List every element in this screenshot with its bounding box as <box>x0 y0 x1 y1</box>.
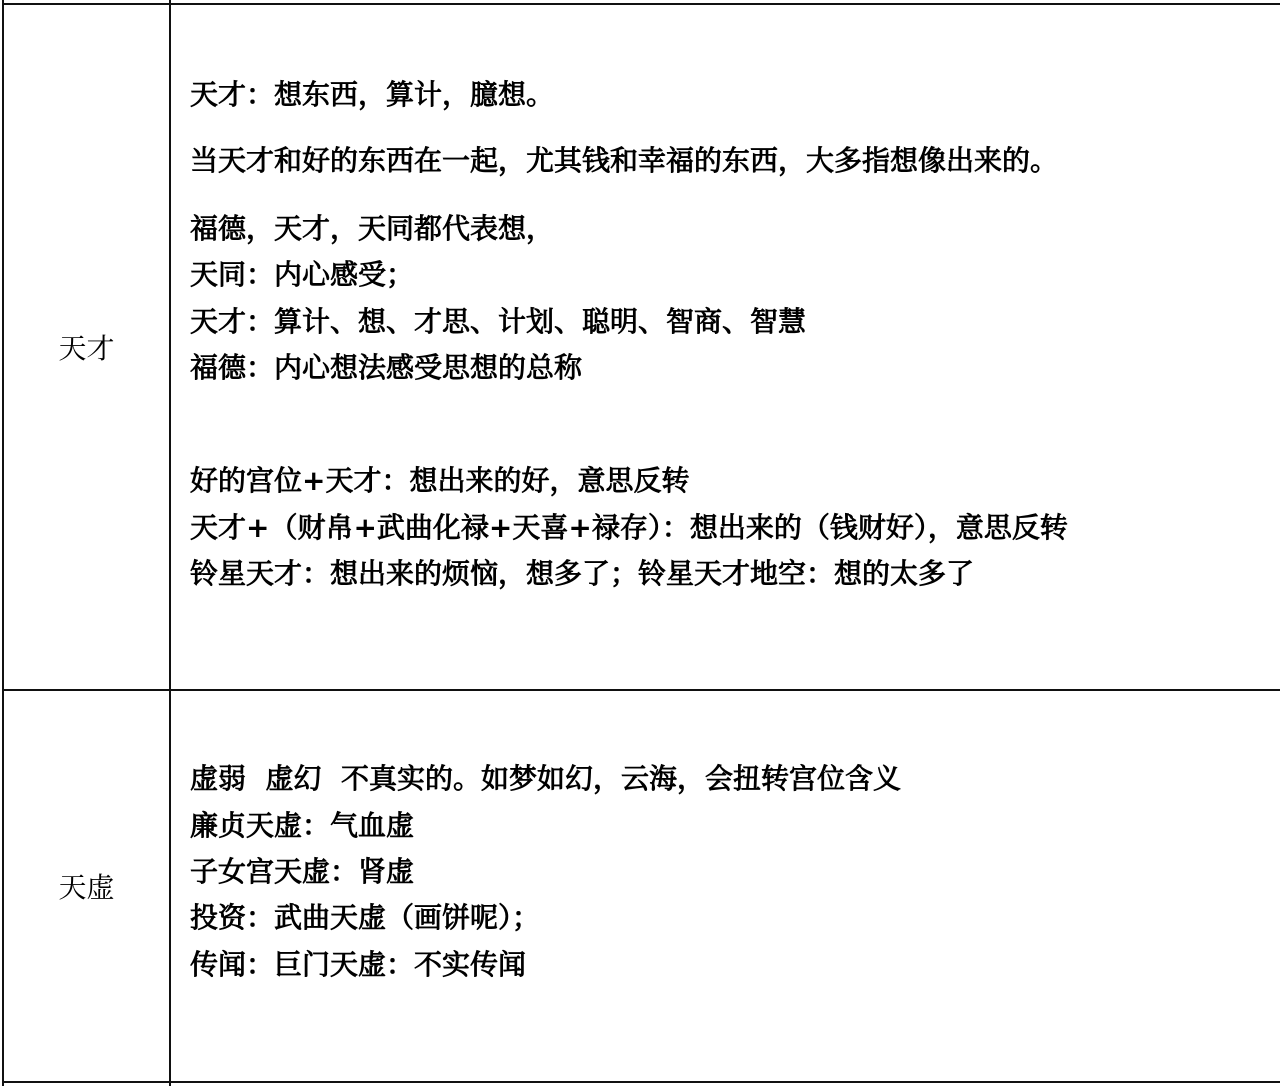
content-line: 虚弱 虚幻 不真实的。如梦如幻，云海，会扭转宫位含义 <box>190 762 901 796</box>
content-line: 传闻：巨门天虚：不实传闻 <box>190 948 526 982</box>
content-line: 投资：武曲天虚（画饼呢）； <box>190 901 540 935</box>
table-column-divider <box>169 0 171 1086</box>
row-content-tianxu: 虚弱 虚幻 不真实的。如梦如幻，云海，会扭转宫位含义 廉贞天虚：气血虚 子女宫天… <box>190 0 1280 1081</box>
row-label-tianxu: 天虚 <box>4 691 169 1081</box>
table-border-bottom <box>2 1081 1280 1083</box>
content-line: 子女宫天虚：肾虚 <box>190 855 414 889</box>
content-line: 廉贞天虚：气血虚 <box>190 809 414 843</box>
row-label-tiancai: 天才 <box>4 5 169 689</box>
